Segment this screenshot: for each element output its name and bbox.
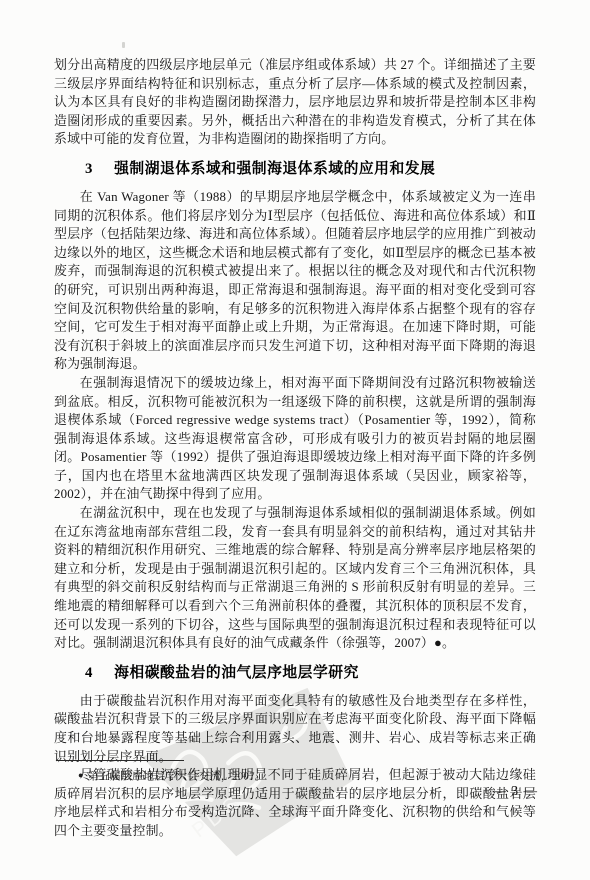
scanned-page: PDG 划分出高精度的四级层序地层单元（准层序组或体系域）共 27 个。详细描述… (0, 0, 590, 880)
footnote-separator (56, 760, 184, 761)
footnote-text: 第五届层序地层学大会交流，2007。 (88, 771, 266, 783)
section-3-paragraph-2: 在强制海退情况下的缓坡边缘上，相对海平面下降期间没有过路沉积物被输送到盆底。相反… (54, 374, 536, 504)
section-4-heading: 4 海相碳酸盐岩的油气层序地层学研究 (54, 664, 536, 683)
page-number: — 3 — (493, 783, 539, 799)
scan-speck (122, 42, 125, 48)
footnote: ●第五届层序地层学大会交流，2007。 (78, 768, 266, 784)
footnote-bullet-marker: ● (78, 770, 84, 780)
section-4-number: 4 (85, 665, 93, 681)
section-3-paragraph-3: 在湖盆沉积中，现在也发现了与强制海退体系域相似的强制湖退体系域。例如在辽东湾盆地… (54, 504, 536, 653)
section-3-heading: 3 强制湖退体系域和强制海退体系域的应用和发展 (54, 160, 536, 179)
section-3-paragraph-1: 在 Van Wagoner 等（1988）的早期层序地层学概念中，体系域被定义为… (54, 188, 536, 374)
section-4-title: 海相碳酸盐岩的油气层序地层学研究 (114, 665, 359, 681)
section-3-title: 强制湖退体系域和强制海退体系域的应用和发展 (114, 161, 435, 177)
section-3-number: 3 (85, 161, 93, 177)
intro-paragraph: 划分出高精度的四级层序地层单元（准层序组或体系域）共 27 个。详细描述了主要三… (54, 56, 536, 149)
section-4-paragraph-1: 由于碳酸盐岩沉积作用对海平面变化具特有的敏感性及台地类型存在多样性，碳酸盐岩沉积… (54, 692, 536, 766)
page-content: 划分出高精度的四级层序地层单元（准层序组或体系域）共 27 个。详细描述了主要三… (54, 56, 536, 841)
